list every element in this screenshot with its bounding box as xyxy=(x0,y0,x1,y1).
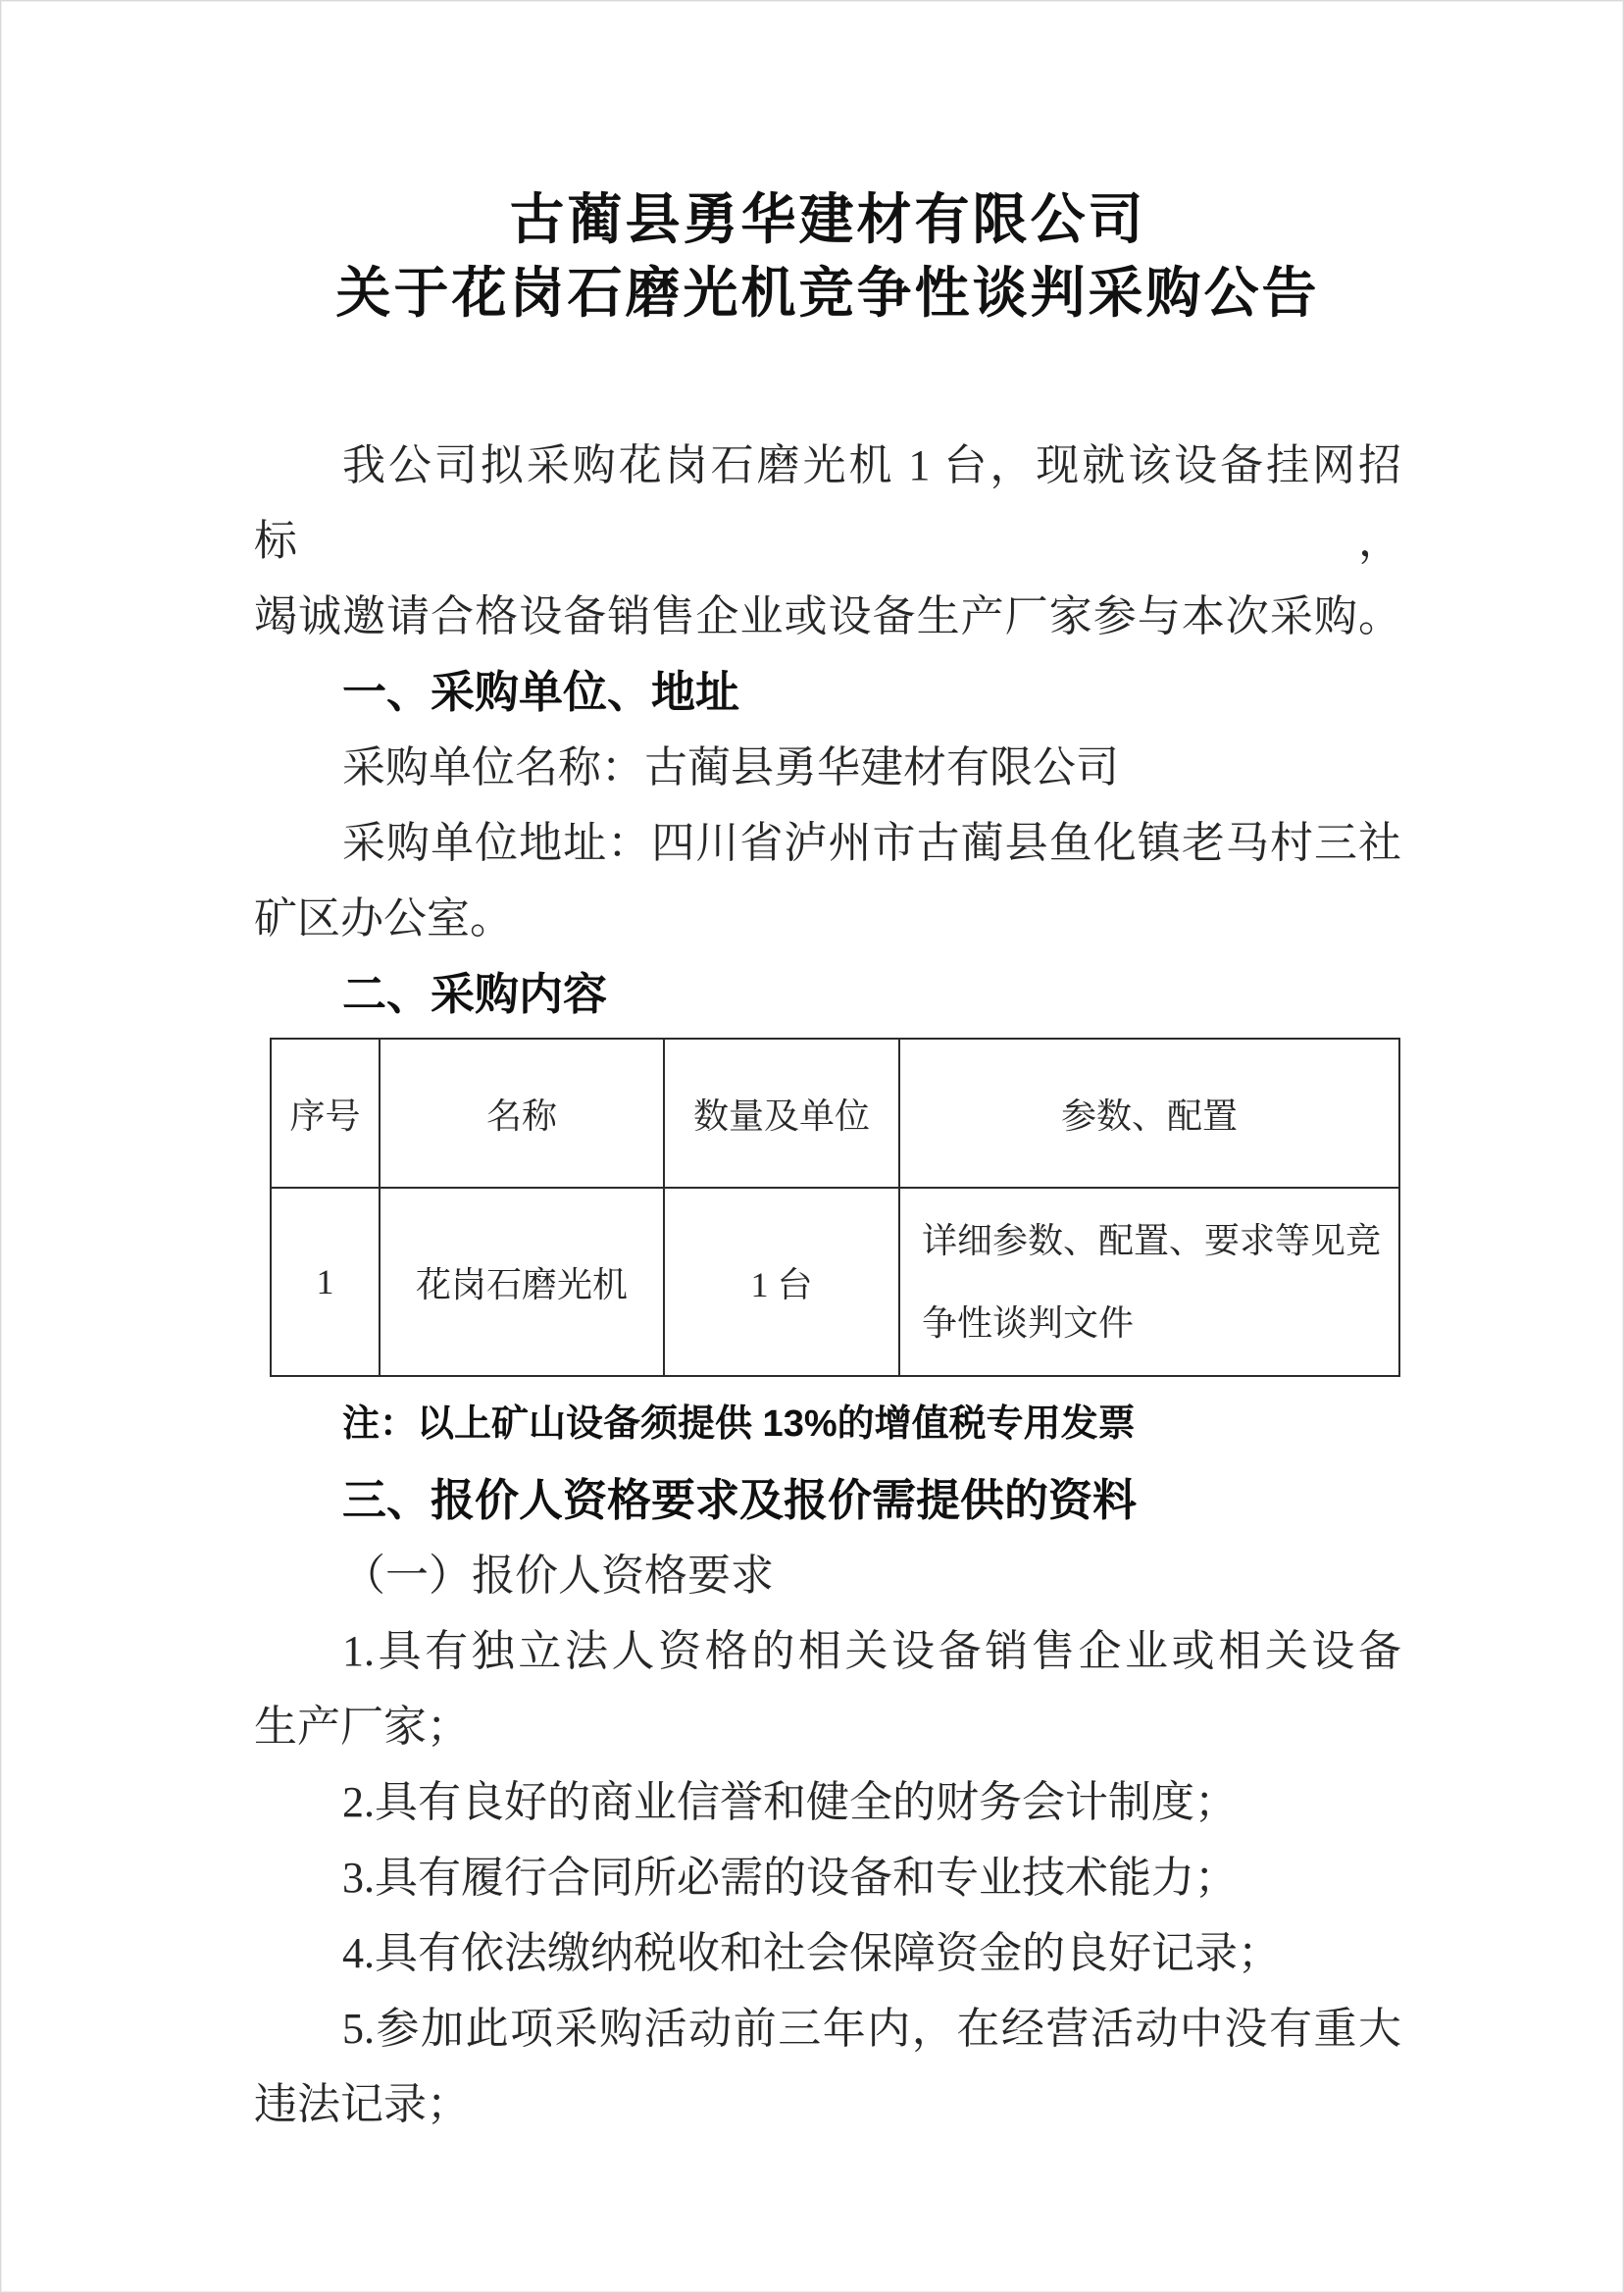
table-header-quantity: 数量及单位 xyxy=(664,1039,899,1188)
section-3-heading: 三、报价人资格要求及报价需提供的资料 xyxy=(254,1462,1401,1538)
table-header-row: 序号 名称 数量及单位 参数、配置 xyxy=(271,1039,1399,1188)
table-header-name: 名称 xyxy=(380,1039,664,1188)
table-cell-quantity: 1 台 xyxy=(664,1188,899,1376)
intro-line-2: 竭诚邀请合格设备销售企业或设备生产厂家参与本次采购。 xyxy=(254,579,1401,654)
document-content: 古蔺县勇华建材有限公司 关于花岗石磨光机竞争性谈判采购公告 我公司拟采购花岗石磨… xyxy=(254,182,1401,2142)
title-line-2: 关于花岗石磨光机竞争性谈判采购公告 xyxy=(254,256,1401,330)
subsection-1-heading: （一）报价人资格要求 xyxy=(254,1538,1401,1613)
body-after-table: 注：以上矿山设备须提供 13%的增值税专用发票三、报价人资格要求及报价需提供的资… xyxy=(254,1387,1401,2142)
table-header-index: 序号 xyxy=(271,1039,380,1188)
table-cell-index: 1 xyxy=(271,1188,380,1376)
body-before-table: 我公司拟采购花岗石磨光机 1 台，现就该设备挂网招标，竭诚邀请合格设备销售企业或… xyxy=(254,428,1401,1032)
requirement-1-line-1: 1.具有独立法人资格的相关设备销售企业或相关设备 xyxy=(254,1613,1401,1689)
table-cell-parameters: 详细参数、配置、要求等见竞争性谈判文件 xyxy=(899,1188,1399,1376)
purchaser-name-line: 采购单位名称：古蔺县勇华建材有限公司 xyxy=(254,730,1401,805)
procurement-table-wrap: 序号 名称 数量及单位 参数、配置 1 花岗石磨光机 1 台 详细参数、配置、要… xyxy=(270,1038,1398,1377)
table-note: 注：以上矿山设备须提供 13%的增值税专用发票 xyxy=(254,1387,1401,1462)
intro-line-1: 我公司拟采购花岗石磨光机 1 台，现就该设备挂网招标， xyxy=(254,428,1401,579)
section-1-heading: 一、采购单位、地址 xyxy=(254,654,1401,730)
requirement-2: 2.具有良好的商业信誉和健全的财务会计制度； xyxy=(254,1764,1401,1840)
requirement-5-line-1: 5.参加此项采购活动前三年内，在经营活动中没有重大 xyxy=(254,1991,1401,2066)
requirement-4: 4.具有依法缴纳税收和社会保障资金的良好记录； xyxy=(254,1915,1401,1991)
document-title: 古蔺县勇华建材有限公司 关于花岗石磨光机竞争性谈判采购公告 xyxy=(254,182,1401,330)
requirement-5-line-2: 违法记录； xyxy=(254,2066,1401,2142)
title-line-1: 古蔺县勇华建材有限公司 xyxy=(254,182,1401,256)
purchaser-address-line-2: 矿区办公室。 xyxy=(254,881,1401,956)
requirement-1-line-2: 生产厂家； xyxy=(254,1689,1401,1764)
purchaser-address-line-1: 采购单位地址：四川省泸州市古蔺县鱼化镇老马村三社 xyxy=(254,805,1401,881)
table-header-parameters: 参数、配置 xyxy=(899,1039,1399,1188)
document-page: 古蔺县勇华建材有限公司 关于花岗石磨光机竞争性谈判采购公告 我公司拟采购花岗石磨… xyxy=(0,0,1624,2293)
table-row: 1 花岗石磨光机 1 台 详细参数、配置、要求等见竞争性谈判文件 xyxy=(271,1188,1399,1376)
requirement-3: 3.具有履行合同所必需的设备和专业技术能力； xyxy=(254,1840,1401,1915)
section-2-heading: 二、采购内容 xyxy=(254,956,1401,1032)
procurement-table: 序号 名称 数量及单位 参数、配置 1 花岗石磨光机 1 台 详细参数、配置、要… xyxy=(270,1038,1400,1377)
table-cell-name: 花岗石磨光机 xyxy=(380,1188,664,1376)
